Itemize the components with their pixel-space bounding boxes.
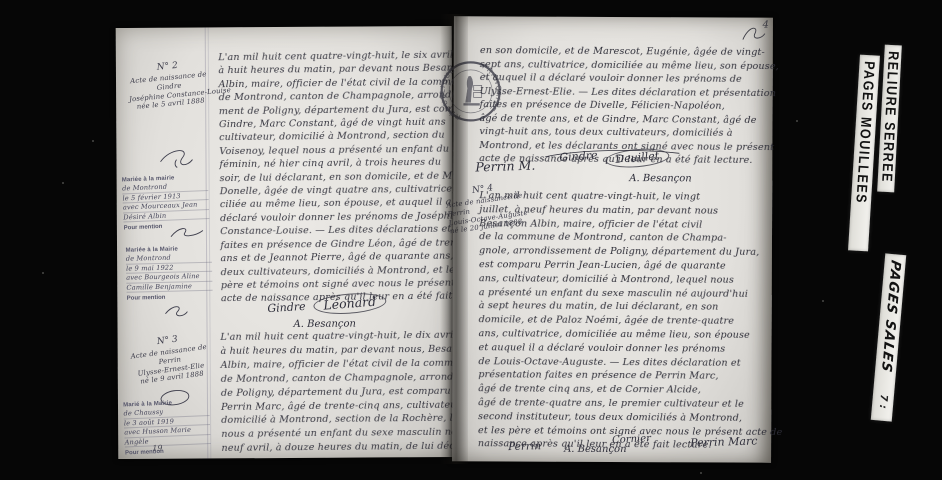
scanner-background: N° 2 Acte de naissance deGindreJoséphine… <box>0 0 942 480</box>
signature: Perrin Marc <box>690 434 758 449</box>
marriage-mention-stamp-1: Mariée à la mairiede Montrondle 5 févrie… <box>122 173 210 234</box>
stamp-lines: Mariée à la Mairiede Montrondle 9 mai 19… <box>126 245 213 293</box>
marriage-mention-stamp-2: Mariée à la Mairiede Montrondle 9 mai 19… <box>126 245 213 304</box>
signature-paraph <box>161 302 191 320</box>
archive-label-mark: 7 : <box>877 394 889 409</box>
pour-mention-label: Pour mention <box>127 293 213 304</box>
dust-speck <box>92 140 94 142</box>
signature: Cornier <box>612 433 651 446</box>
marriage-mention-stamp-3: Marié à la Mairiede Chaussyle 3 août 191… <box>123 398 211 459</box>
signature: Gindre <box>267 300 306 315</box>
archive-label-text: RELIURE SERREE <box>879 51 900 184</box>
handwritten-line: Camille Benjamine <box>126 281 212 292</box>
signature: Perrin M. <box>475 158 535 175</box>
dust-speck <box>62 182 64 184</box>
stamp-arc-left: RÉPUBLIQUE <box>439 66 462 120</box>
pour-mention-label: Pour mention <box>125 446 211 459</box>
act4-body-text: L'an mil huit cent quatre-vingt-huit, le… <box>478 189 784 453</box>
dust-speck <box>796 120 798 122</box>
archive-label-text: PAGES SALES <box>879 259 902 374</box>
margin-note-act3: N° 3 Acte de naissance dePerrinUlysse-Er… <box>125 331 214 389</box>
signature: A. Besançon <box>629 173 692 184</box>
archive-label-pages-mouillees: PAGES MOUILLEES <box>848 55 880 252</box>
stamp-lines: Marié à la Mairiede Chaussyle 3 août 191… <box>123 398 211 448</box>
folio-mark: 4 <box>763 20 769 31</box>
right-page: RÉPUBLIQUE FRANÇAISE 4 en son domicile, … <box>452 16 773 462</box>
stamp-lines: Mariée à la mairiede Montrondle 5 févrie… <box>122 173 210 223</box>
margin-note-lines: Acte de naissance deGindreJoséphine Cons… <box>127 70 212 113</box>
archive-label-reliure-serree: RELIURE SERREE <box>877 45 902 193</box>
archive-label-pages-sales: PAGES SALES 7 : <box>871 253 906 421</box>
pour-mention-label: Pour mention <box>124 221 210 234</box>
archive-label-text: PAGES MOUILLEES <box>854 61 877 205</box>
dust-speck <box>42 272 44 274</box>
dust-speck <box>700 472 702 474</box>
dust-speck <box>822 300 824 302</box>
margin-page-note: 19 <box>152 444 162 453</box>
signature: Perrin <box>508 440 541 453</box>
margin-note-act2: N° 2 Acte de naissance deGindreJoséphine… <box>126 58 212 113</box>
paraph-mark <box>156 146 198 170</box>
left-page: N° 2 Acte de naissance deGindreJoséphine… <box>116 26 455 459</box>
signature: A. Besançon <box>293 319 356 330</box>
signature: Gindre <box>559 149 598 164</box>
